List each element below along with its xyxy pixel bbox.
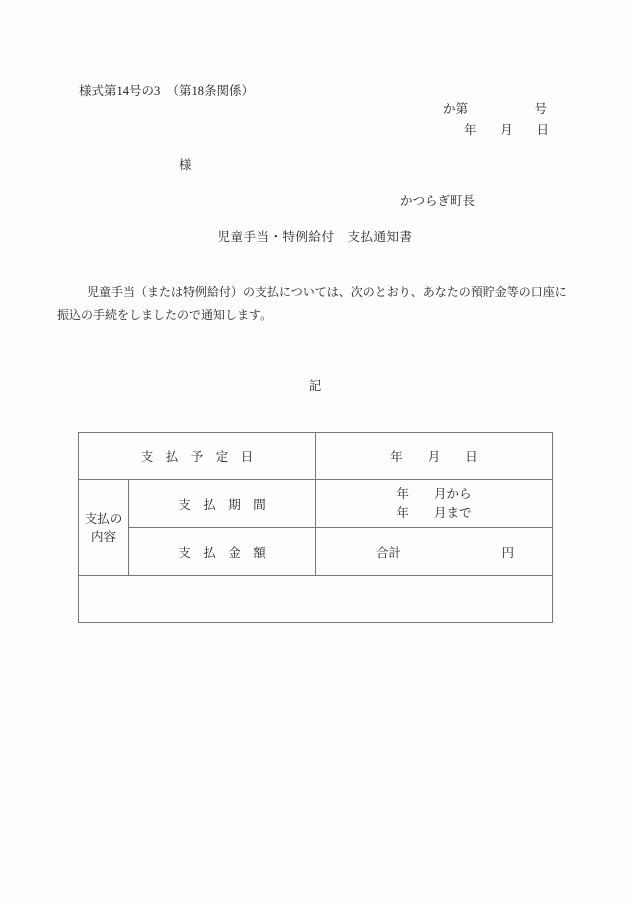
payment-period-value-cell: 年 月から 年 月まで [316, 480, 553, 528]
payment-amount-label-cell: 支 払 金 額 [129, 528, 316, 576]
ki-marker: 記 [0, 376, 630, 394]
payment-details-table: 支 払 予 定 日 年 月 日 支払の 内容 支 払 期 間 年 月から 年 月… [78, 432, 553, 623]
table-row-payment-amount: 支 払 金 額 合計 円 [79, 528, 553, 576]
payment-period-from: 年 月から [316, 485, 552, 504]
content-label-line: 支払の [79, 510, 128, 528]
sender-mayor: かつらぎ町長 [400, 191, 475, 209]
table-row-remarks [79, 576, 553, 623]
document-number-prefix: か第 [443, 99, 468, 117]
amount-unit-label: 円 [502, 543, 515, 561]
table-row-payment-date: 支 払 予 定 日 年 月 日 [79, 433, 553, 480]
document-number-suffix: 号 [534, 99, 547, 117]
document-title: 児童手当・特例給付 支払通知書 [0, 227, 630, 245]
date-month-label: 月 [500, 120, 513, 138]
table-row-payment-period: 支払の 内容 支 払 期 間 年 月から 年 月まで [79, 480, 553, 528]
payment-amount-value-cell: 合計 円 [316, 528, 553, 576]
payment-period-label-cell: 支 払 期 間 [129, 480, 316, 528]
body-paragraph: 児童手当（または特例給付）の支払については、次のとおり、あなたの預貯金等の口座に… [57, 281, 602, 326]
payment-notice-document: 様式第14号の3 （第18条関係） か第 号 年 月 日 様 かつらぎ町長 児童… [0, 0, 630, 903]
remarks-cell [79, 576, 553, 623]
date-year-label: 年 [464, 120, 477, 138]
payment-period-to: 年 月まで [316, 504, 552, 523]
body-line: 振込の手続をしましたので通知します。 [57, 304, 602, 327]
payment-date-value-cell: 年 月 日 [316, 433, 553, 480]
date-day-label: 日 [536, 120, 549, 138]
form-number: 様式第14号の3 （第18条関係） [79, 81, 254, 99]
payment-content-label-cell: 支払の 内容 [79, 480, 129, 576]
payment-date-label-cell: 支 払 予 定 日 [79, 433, 316, 480]
document-number-line: か第 号 [443, 99, 547, 117]
content-label-line: 内容 [79, 528, 128, 546]
body-line: 児童手当（または特例給付）の支払については、次のとおり、あなたの預貯金等の口座に [57, 281, 602, 304]
addressee-honorific: 様 [179, 155, 192, 173]
issue-date-line: 年 月 日 [464, 120, 549, 138]
amount-total-label: 合計 [376, 543, 401, 561]
